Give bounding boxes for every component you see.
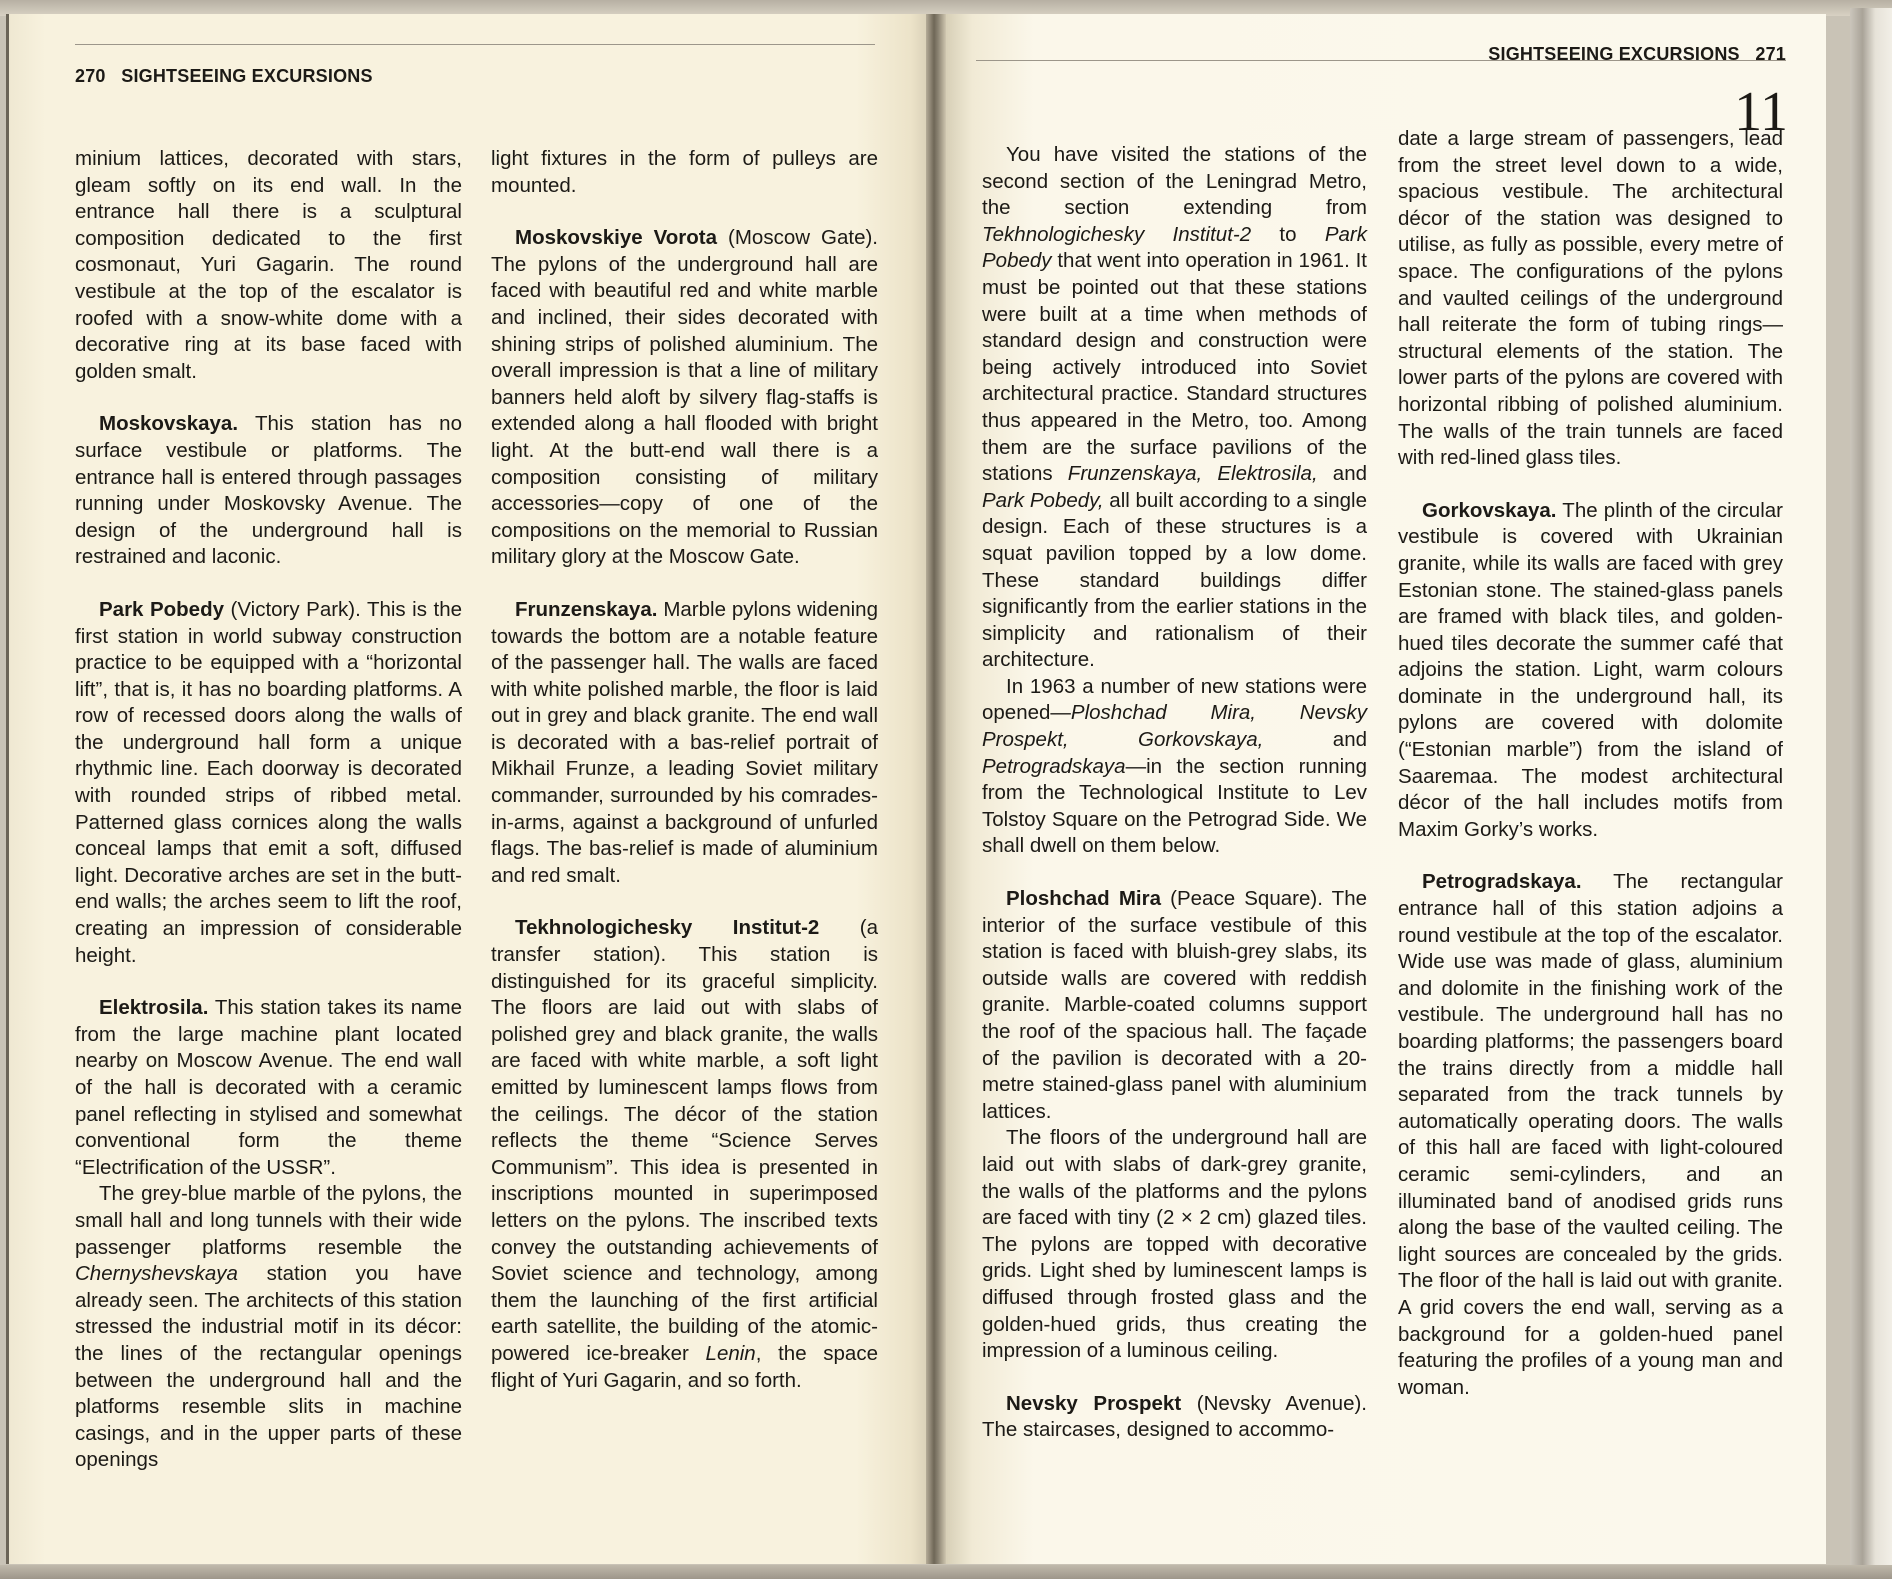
- section-park-pobedy: Park Pobedy (Victory Park). This is the …: [75, 597, 462, 969]
- section-heading: Elektrosila.: [99, 996, 208, 1019]
- paragraph: The grey-blue marble of the pylons, the …: [75, 1181, 462, 1474]
- section-ploshchad-mira: Ploshchad Mira (Peace Square). The inter…: [982, 886, 1367, 1125]
- paragraph: You have visited the stations of the sec…: [982, 142, 1367, 674]
- page-number: 270: [75, 66, 106, 86]
- section-heading: Nevsky Prospekt: [1006, 1392, 1181, 1415]
- running-head-title: SIGHTSEEING EXCURSIONS: [1488, 44, 1739, 64]
- section-heading: Petrogradskaya.: [1422, 870, 1582, 893]
- section-tekhnologichesky-institut: Tekhnologichesky Institut-2 (a transfer …: [491, 915, 878, 1394]
- right-column-1: You have visited the stations of the sec…: [982, 142, 1367, 1444]
- right-page: SIGHTSEEING EXCURSIONS 271 11 You have v…: [946, 14, 1826, 1564]
- section-heading: Park Pobedy: [99, 598, 224, 621]
- page-number: 271: [1755, 44, 1786, 64]
- section-heading: Ploshchad Mira: [1006, 887, 1161, 910]
- paragraph: minium lattices, decorated with stars, g…: [75, 146, 462, 385]
- section-moskovskiye-vorota: Moskovskiye Vorota (Moscow Gate). The py…: [491, 225, 878, 571]
- section-gorkovskaya: Gorkovskaya. The plinth of the circular …: [1398, 498, 1783, 844]
- section-heading: Gorkovskaya.: [1422, 499, 1556, 522]
- paragraph: In 1963 a number of new stations were op…: [982, 674, 1367, 860]
- running-head-left: 270 SIGHTSEEING EXCURSIONS: [75, 66, 373, 87]
- italic-term: Chernyshevskaya: [75, 1262, 238, 1285]
- paragraph: The floors of the underground hall are l…: [982, 1125, 1367, 1364]
- section-moskovskaya: Moskovskaya. This station has no surface…: [75, 411, 462, 571]
- right-column-2: date a large stream of passengers, lead …: [1398, 126, 1783, 1401]
- book-page-edges: [1850, 8, 1892, 1568]
- section-nevsky-prospekt: Nevsky Prospekt (Nevsky Avenue). The sta…: [982, 1391, 1367, 1444]
- left-column-1: minium lattices, decorated with stars, g…: [75, 146, 462, 1474]
- section-heading: Moskovskiye Vorota: [515, 226, 717, 249]
- section-elektrosila: Elektrosila. This station takes its name…: [75, 995, 462, 1181]
- left-column-2: light fixtures in the form of pulleys ar…: [491, 146, 878, 1394]
- section-heading: Tekhnologichesky Institut-2: [515, 916, 819, 939]
- italic-term: Lenin: [706, 1342, 756, 1365]
- left-page: 270 SIGHTSEEING EXCURSIONS minium lattic…: [6, 14, 929, 1564]
- paragraph: light fixtures in the form of pulleys ar…: [491, 146, 878, 199]
- paragraph: date a large stream of passengers, lead …: [1398, 126, 1783, 472]
- section-heading: Moskovskaya.: [99, 412, 238, 435]
- running-head-title: SIGHTSEEING EXCURSIONS: [121, 66, 372, 86]
- section-petrogradskaya: Petrogradskaya. The rectangular entrance…: [1398, 869, 1783, 1401]
- book-gutter: [926, 14, 946, 1564]
- header-rule: [75, 44, 875, 45]
- section-frunzenskaya: Frunzenskaya. Marble pylons widening tow…: [491, 597, 878, 890]
- section-heading: Frunzenskaya.: [515, 598, 657, 621]
- running-head-right: SIGHTSEEING EXCURSIONS 271: [1488, 44, 1786, 65]
- book-bottom-edge: [0, 1565, 1892, 1579]
